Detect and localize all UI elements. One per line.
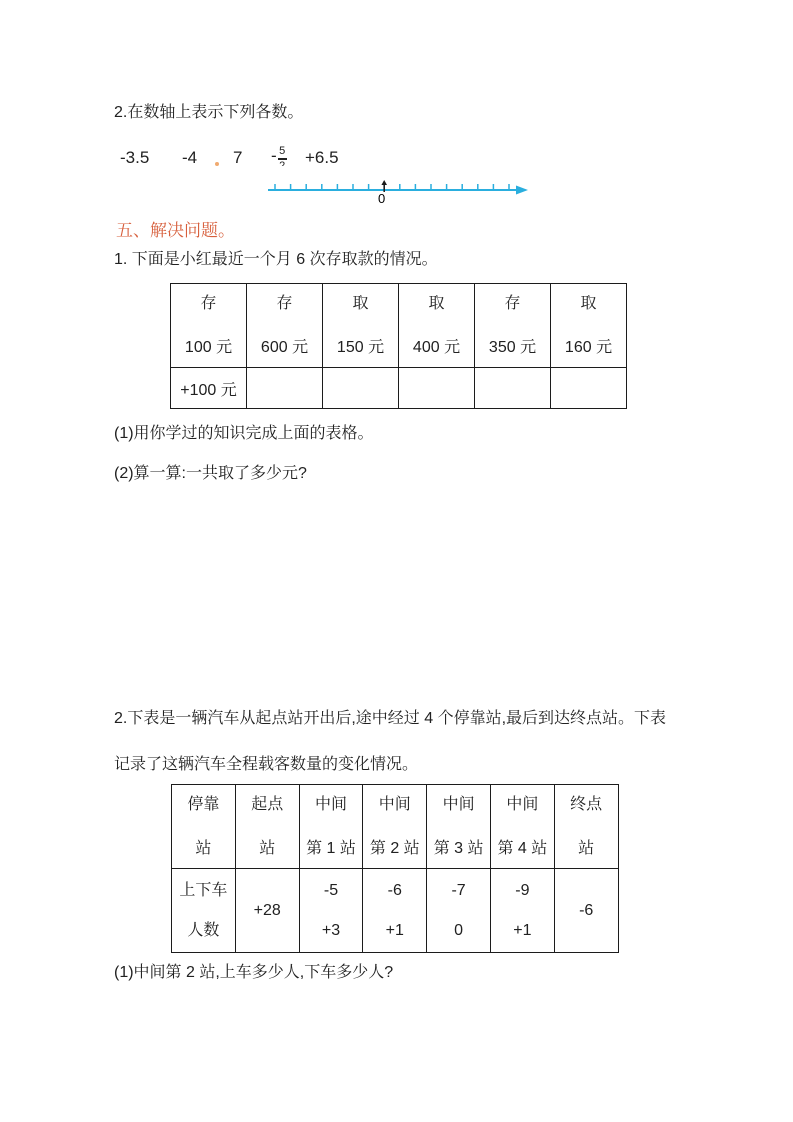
header-line2: 站 [259,840,275,857]
axis-zero-label: 0 [378,191,385,206]
table-cell-empty[interactable] [399,368,475,409]
section-heading: 五、解决问题。 [116,216,235,241]
header-cell: 中间 第 1 站 [299,785,363,869]
number-neg3p5: -3.5 [120,148,149,168]
value-on: +1 [386,922,404,939]
p2-text-line1: 2.下表是一辆汽车从起点站开出后,途中经过 4 个停靠站,最后到达终点站。下表 [114,708,666,730]
worksheet-page: 2.在数轴上表示下列各数。 -3.5 -4 7 - 5 2 +6.5 [0,0,793,1122]
axis-right-arrow-icon [516,186,528,195]
table-cell-empty[interactable] [475,368,551,409]
header-line1: 起点 [251,796,283,813]
q2-title: 2.在数轴上表示下列各数。 [114,102,303,124]
table-cell: 存 100 元 [171,284,247,368]
row-label-cell: 上下车 人数 [172,869,236,953]
value-on: +1 [513,922,531,939]
cell-amount: 150 元 [337,339,384,356]
header-cell: 中间 第 3 站 [427,785,491,869]
cell-amount: 100 元 [185,339,232,356]
header-line2: 第 1 站 [306,840,356,857]
p1-subquestion-1: (1)用你学过的知识完成上面的表格。 [114,423,374,445]
number-line-axis [258,176,538,210]
number-neg4: -4 [182,148,197,168]
bus-stations-table: 停靠 站 起点 站 中间 第 1 站 中间 第 2 站 中间 第 3 站 中间 … [171,784,619,953]
header-line2: 第 3 站 [434,840,484,857]
cell-type: 存 [276,295,292,312]
cell-amount: 400 元 [413,339,460,356]
fraction-sign: - [271,146,277,166]
fraction-numerator: 5 [279,146,285,157]
fraction-bar [278,158,287,160]
fraction-stack: 5 2 [278,146,287,166]
orange-dot-mark [215,162,219,166]
p1-subquestion-2: (2)算一算:一共取了多少元? [114,463,307,485]
value-off: -5 [324,882,338,899]
p2-text-line2: 记录了这辆汽车全程载客数量的变化情况。 [114,754,418,776]
number-pos6p5: +6.5 [305,148,339,168]
header-line1: 中间 [315,796,347,813]
header-cell: 中间 第 2 站 [363,785,427,869]
table-cell: 存 350 元 [475,284,551,368]
table-cell-empty[interactable] [247,368,323,409]
header-cell: 终点 站 [554,785,618,869]
cell-type: 取 [428,295,444,312]
header-line1: 停靠 [187,796,219,813]
value-cell: -6 +1 [363,869,427,953]
cell-type: 存 [200,295,216,312]
cell-amount: 600 元 [261,339,308,356]
table-header-row: 停靠 站 起点 站 中间 第 1 站 中间 第 2 站 中间 第 3 站 中间 … [172,785,619,869]
cell-type: 存 [504,295,520,312]
p2-subquestion-1: (1)中间第 2 站,上车多少人,下车多少人? [114,962,393,984]
cell-type: 取 [352,295,368,312]
table-cell-plus100: +100 元 [171,368,247,409]
header-cell: 停靠 站 [172,785,236,869]
cell-amount: 160 元 [565,339,612,356]
header-line2: 第 4 站 [497,840,547,857]
header-line1: 中间 [379,796,411,813]
table-cell: 取 150 元 [323,284,399,368]
table-cell-empty[interactable] [323,368,399,409]
row-label-line2: 人数 [187,922,219,939]
header-line2: 站 [578,840,594,857]
header-cell: 起点 站 [235,785,299,869]
table-row: 存 100 元 存 600 元 取 150 元 取 400 元 存 350 元 … [171,284,627,368]
cell-amount: 350 元 [489,339,536,356]
value-cell: -6 [554,869,618,953]
deposit-withdraw-table: 存 100 元 存 600 元 取 150 元 取 400 元 存 350 元 … [170,283,627,409]
header-line2: 站 [195,840,211,857]
table-cell: 存 600 元 [247,284,323,368]
table-cell: 取 160 元 [551,284,627,368]
table-cell-empty[interactable] [551,368,627,409]
table-data-row: 上下车 人数 +28 -5 +3 -6 +1 -7 0 -9 +1 -6 [172,869,619,953]
header-cell: 中间 第 4 站 [490,785,554,869]
header-line2: 第 2 站 [370,840,420,857]
value-cell: +28 [235,869,299,953]
fraction-denominator: 2 [279,161,285,166]
header-line1: 中间 [506,796,538,813]
value-cell: -7 0 [427,869,491,953]
p1-title: 1. 下面是小红最近一个月 6 次存取款的情况。 [114,249,438,271]
value-on: +3 [322,922,340,939]
table-row: +100 元 [171,368,627,409]
table-cell: 取 400 元 [399,284,475,368]
value-off: -7 [451,882,465,899]
number-7: 7 [233,148,242,168]
value-cell: -9 +1 [490,869,554,953]
value-off: -9 [515,882,529,899]
header-line1: 终点 [570,796,602,813]
header-line1: 中间 [443,796,475,813]
cell-type: 取 [580,295,596,312]
value-off: -6 [388,882,402,899]
value-cell: -5 +3 [299,869,363,953]
row-label-line1: 上下车 [179,882,227,899]
value-on: 0 [454,922,463,939]
fraction-neg-5-2: - 5 2 [271,146,287,166]
